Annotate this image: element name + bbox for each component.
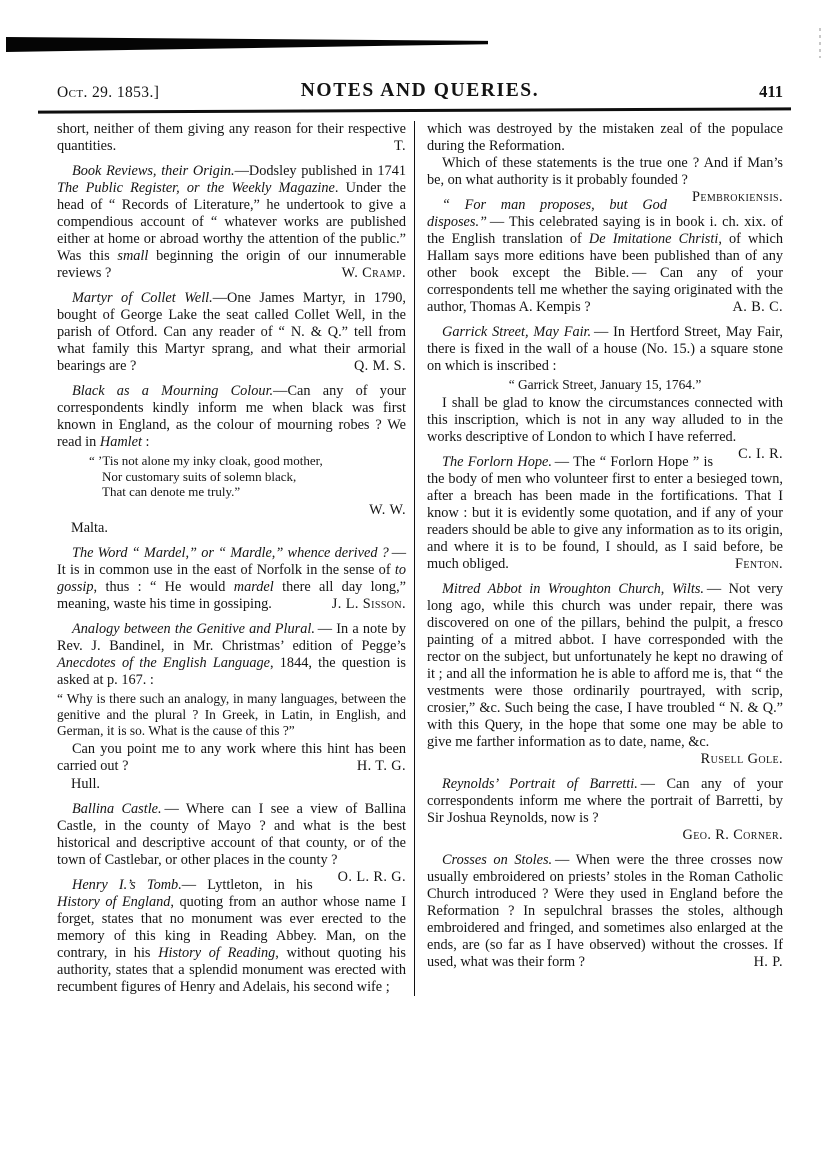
page-number: 411 (759, 82, 783, 102)
inline-quotation: “ Why is there such an analogy, in many … (57, 691, 406, 739)
verse-line: That can denote me truly.” (89, 484, 406, 500)
right-column: which was destroyed by the mistaken zeal… (415, 121, 783, 996)
query-paragraph: Can you point me to any work where this … (57, 741, 406, 775)
garrick-street-may-fair: Garrick Street, May Fair. — In Hertford … (427, 324, 783, 446)
the-word-mardel: The Word “ Mardel,” or “ Mardle,” whence… (57, 545, 406, 613)
signature: H. P. (729, 954, 783, 971)
query-title-italic: Garrick Street, May Fair. (442, 324, 591, 340)
query-text: —Dodsley published in 1741 (235, 163, 406, 179)
query-paragraph: Which of these statements is the true on… (427, 155, 783, 189)
query-paragraph: I shall be glad to know the circumstance… (427, 395, 783, 446)
query-title-italic: History of Reading (158, 945, 275, 961)
query-title-italic: De Imitatione Christi (589, 231, 718, 247)
query-paragraph: Black as a Mourning Colour.—Can any of y… (57, 383, 406, 451)
the-forlorn-hope: The Forlorn Hope. — The “ Forlorn Hope ”… (427, 454, 783, 573)
query-title-italic: Mitred Abbot in Wroughton Church, Wilts. (442, 581, 704, 597)
query-title-italic: Analogy between the Genitive and Plural. (72, 621, 315, 637)
signature: Geo. R. Corner. (683, 827, 784, 843)
query-text: — The “ Forlorn Hope ” is the body of me… (427, 454, 783, 572)
query-title-italic: Book Reviews, their Origin. (72, 163, 235, 179)
signature: W. Cramp. (317, 265, 406, 282)
query-text: I shall be glad to know the circumstance… (427, 395, 783, 445)
query-title-italic: mardel (234, 579, 274, 595)
correspondent-location: Malta. (57, 520, 406, 537)
ballina-castle: Ballina Castle. — Where can I see a view… (57, 801, 406, 869)
signature: T. (384, 138, 406, 155)
query-title-italic: History of England (57, 894, 170, 910)
scan-edge-mark (819, 28, 821, 58)
query-title-italic: Ballina Castle. (72, 801, 162, 817)
verse-line: “ ’Tis not alone my inky cloak, good mot… (89, 453, 406, 469)
query-title-italic: Henry I.’s Tomb. (72, 877, 182, 893)
signature: A. B. C. (708, 299, 783, 316)
martyr-of-collet-well: Martyr of Collet Well.—One James Martyr,… (57, 290, 406, 375)
inline-quotation: “ Garrick Street, January 15, 1764.” (427, 377, 783, 393)
query-paragraph: The Word “ Mardel,” or “ Mardle,” whence… (57, 545, 406, 613)
query-text: — Lyttleton, in his (182, 877, 313, 893)
query-text: : (142, 434, 150, 450)
for-man-proposes: “ For man proposes, but God disposes.” —… (427, 197, 783, 316)
query-paragraph: Crosses on Stoles. — When were the three… (427, 852, 783, 971)
masthead: Oct. 29. 1853.] NOTES AND QUERIES. 411 (57, 76, 783, 102)
query-title-italic: The Forlorn Hope. (442, 454, 552, 470)
query-title-italic: Black as a Mourning Colour. (72, 383, 273, 399)
signature: Rusell Gole. (701, 751, 783, 767)
query-title-italic: The Word “ Mardel,” or “ Mardle,” whence… (72, 545, 389, 561)
query-title-italic: Hamlet (100, 434, 142, 450)
query-paragraph: Ballina Castle. — Where can I see a view… (57, 801, 406, 869)
page-title: NOTES AND QUERIES. (57, 80, 783, 102)
correspondent-location: Hull. (57, 776, 406, 793)
query-paragraph: Book Reviews, their Origin.—Dodsley publ… (57, 163, 406, 282)
query-text: short, neither of them giving any reason… (57, 121, 406, 154)
query-paragraph: Mitred Abbot in Wroughton Church, Wilts.… (427, 581, 783, 751)
crosses-on-stoles: Crosses on Stoles. — When were the three… (427, 852, 783, 971)
signature: O. L. R. G. (313, 869, 406, 886)
query-paragraph: short, neither of them giving any reason… (57, 121, 406, 155)
query-title-italic: The Public Register, or the Weekly Magaz… (57, 180, 335, 196)
signature: Fenton. (710, 556, 783, 573)
query-text: — When were the three crosses now usuall… (427, 852, 783, 970)
query-text: Which of these statements is the true on… (427, 155, 783, 188)
query-text: , thus : “ He would (94, 579, 234, 595)
verse-quotation: “ ’Tis not alone my inky cloak, good mot… (89, 453, 406, 500)
henry-i-tomb-continuation: which was destroyed by the mistaken zeal… (427, 121, 783, 189)
signature: Pembrokiensis. (667, 189, 783, 206)
black-as-a-mourning-colour: Black as a Mourning Colour.—Can any of y… (57, 383, 406, 537)
signature-line: W. W. (57, 502, 406, 519)
henry-i-tomb: Henry I.’s Tomb.— Lyttleton, in his Hist… (57, 877, 406, 996)
signature: H. T. G. (332, 758, 406, 775)
signature-line: Geo. R. Corner. (427, 827, 783, 844)
signature: C. I. R. (713, 446, 783, 463)
verse-line: Nor customary suits of solemn black, (89, 469, 406, 485)
query-paragraph: Garrick Street, May Fair. — In Hertford … (427, 324, 783, 375)
query-title-italic: Anecdotes of the English Language (57, 655, 270, 671)
scan-ink-bar (6, 37, 488, 52)
book-reviews-their-origin: Book Reviews, their Origin.—Dodsley publ… (57, 163, 406, 282)
query-title-italic: Reynolds’ Portrait of Barretti. (442, 776, 638, 792)
query-paragraph: Reynolds’ Portrait of Barretti. — Can an… (427, 776, 783, 827)
query-title-italic: small (117, 248, 148, 264)
header-rule (38, 107, 791, 113)
query-paragraph: Henry I.’s Tomb.— Lyttleton, in his Hist… (57, 877, 406, 996)
continuation-quantities: short, neither of them giving any reason… (57, 121, 406, 155)
signature: W. W. (369, 502, 406, 518)
left-column: short, neither of them giving any reason… (57, 121, 415, 996)
signature-line: Rusell Gole. (427, 751, 783, 768)
mitred-abbot-wroughton: Mitred Abbot in Wroughton Church, Wilts.… (427, 581, 783, 768)
query-paragraph: The Forlorn Hope. — The “ Forlorn Hope ”… (427, 454, 783, 573)
query-paragraph: Analogy between the Genitive and Plural.… (57, 621, 406, 689)
query-text: — Not very long ago, while this church w… (427, 581, 783, 750)
query-title-italic: Crosses on Stoles. (442, 852, 552, 868)
query-paragraph: “ For man proposes, but God disposes.” —… (427, 197, 783, 316)
analogy-genitive-plural: Analogy between the Genitive and Plural.… (57, 621, 406, 793)
text-columns: short, neither of them giving any reason… (57, 121, 783, 996)
query-title-italic: Martyr of Collet Well. (72, 290, 213, 306)
signature: J. L. Sisson. (307, 596, 406, 613)
query-text: which was destroyed by the mistaken zeal… (427, 121, 783, 154)
reynolds-portrait-barretti: Reynolds’ Portrait of Barretti. — Can an… (427, 776, 783, 844)
signature: Q. M. S. (329, 358, 406, 375)
query-paragraph: Martyr of Collet Well.—One James Martyr,… (57, 290, 406, 375)
query-paragraph: which was destroyed by the mistaken zeal… (427, 121, 783, 155)
